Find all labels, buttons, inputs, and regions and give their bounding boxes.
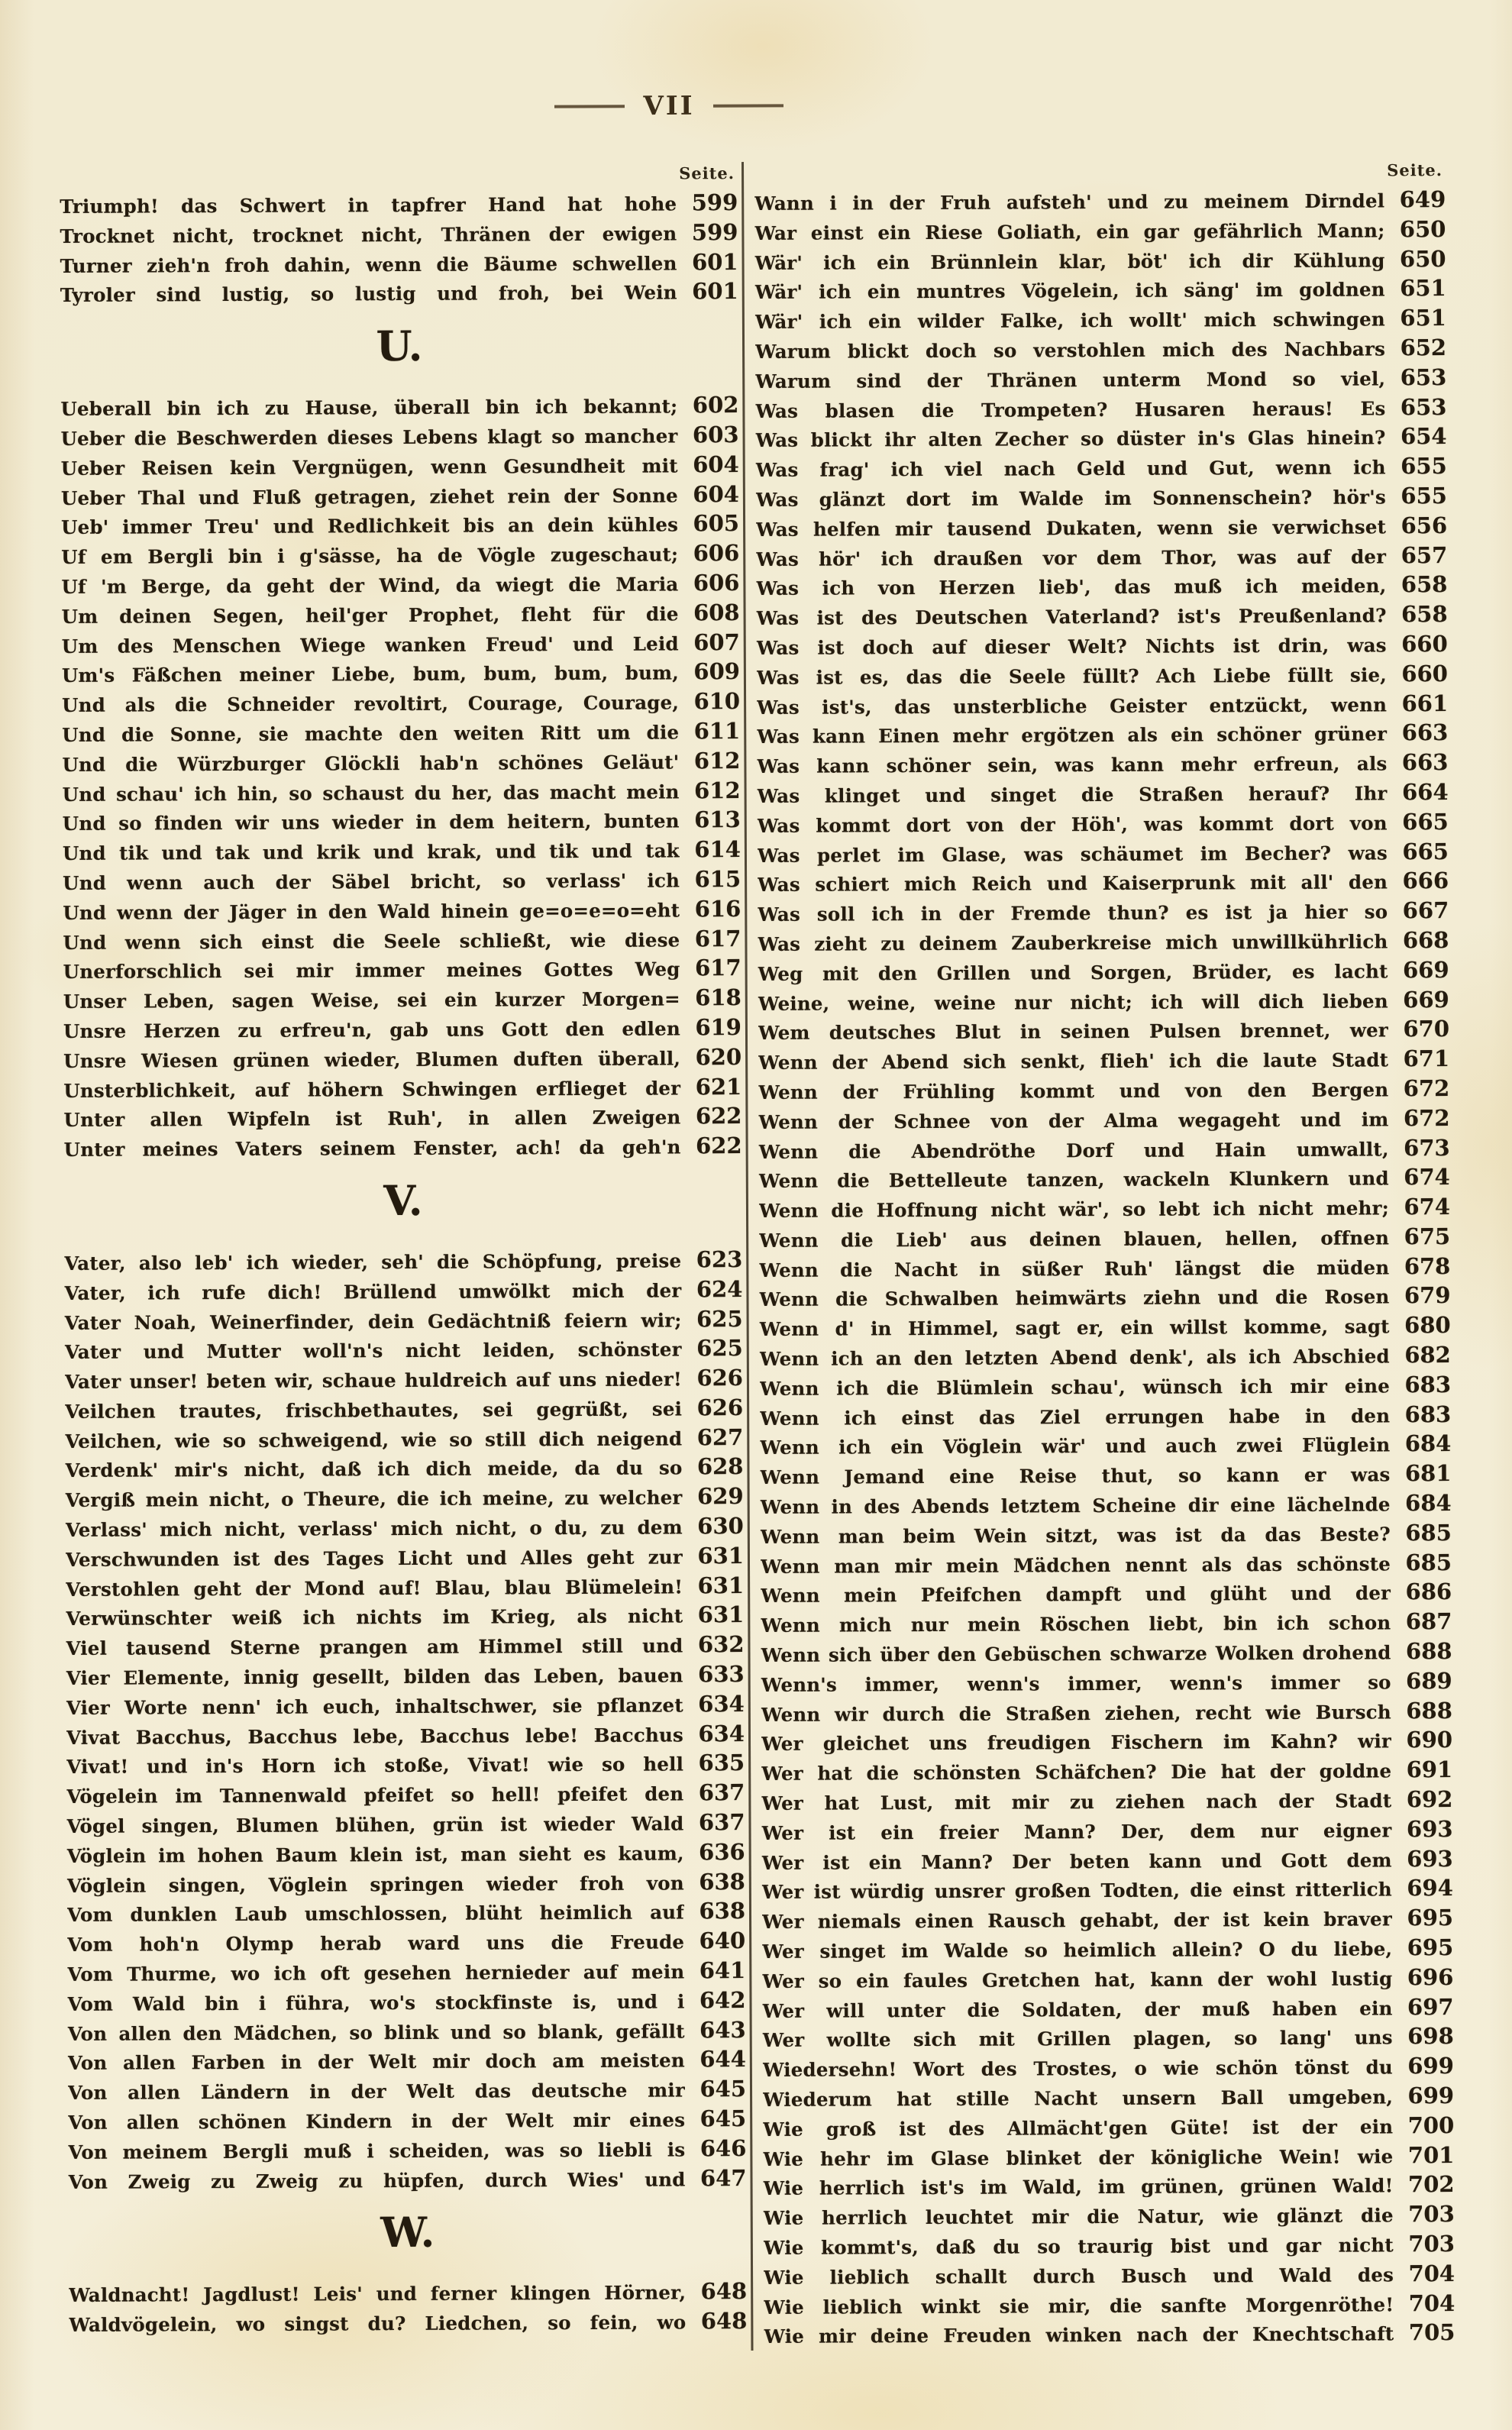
index-entry-row: Vöglein singen, Vöglein springen wieder … <box>67 1867 745 1900</box>
index-entry-row: Unser Leben, sagen Weise, sei ein kurzer… <box>63 983 741 1016</box>
entry-title: Wiederum hat stille Nacht unsern Ball um… <box>763 2083 1393 2113</box>
entry-title: Vöglein im hohen Baum klein ist, man sie… <box>67 1839 684 1869</box>
index-entry-row: Was helfen mir tausend Dukaten, wenn sie… <box>756 511 1447 544</box>
entry-title: Wenn die Nacht in süßer Ruh' längst die … <box>759 1253 1389 1284</box>
entry-page-number: 617 <box>680 953 741 983</box>
index-entry-row: Wer ist ein Mann? Der beten kann und Got… <box>762 1844 1453 1877</box>
entry-title: Wie mir deine Freuden winken nach der Kn… <box>764 2320 1394 2351</box>
entry-page-number: 601 <box>677 276 738 306</box>
entry-page-number: 693 <box>1391 1814 1452 1844</box>
entry-page-number: 695 <box>1392 1903 1453 1933</box>
entry-title: Vater und Mutter woll'n's nicht leiden, … <box>65 1336 682 1366</box>
entry-page-number: 692 <box>1391 1785 1452 1814</box>
entry-page-number: 691 <box>1391 1755 1452 1785</box>
index-entry-row: Wenn die Hoffnung nicht wär', so lebt ic… <box>759 1192 1450 1225</box>
entry-page-number: 637 <box>683 1778 745 1808</box>
entry-page-number: 701 <box>1393 2141 1454 2170</box>
entry-page-number: 633 <box>683 1659 745 1689</box>
entry-title: Verschwunden ist des Tages Licht und All… <box>66 1543 683 1573</box>
entry-title: War einst ein Riese Goliath, ein gar gef… <box>754 216 1384 247</box>
entry-page-number: 688 <box>1391 1696 1452 1726</box>
entry-page-number: 672 <box>1388 1104 1449 1133</box>
entry-title: Und die Sonne, sie machte den weiten Rit… <box>62 718 679 748</box>
index-entry-row: Und wenn sich einst die Seele schließt, … <box>63 924 741 957</box>
entry-page-number: 655 <box>1386 451 1447 481</box>
index-entry-row: Vöglein im hohen Baum klein ist, man sie… <box>67 1837 745 1870</box>
entry-title: Was soll ich in der Fremde thun? es ist … <box>758 898 1388 929</box>
entry-title: Wenn ich die Blümlein schau', wünsch ich… <box>760 1372 1390 1402</box>
entry-title: Von allen Ländern in der Welt das deutsc… <box>68 2076 685 2107</box>
entry-page-number: 623 <box>681 1245 742 1275</box>
entry-page-number: 704 <box>1394 2259 1455 2289</box>
entry-title: Unerforschlich sei mir immer meines Gott… <box>63 955 680 986</box>
entry-title: Wenn in des Abends letztem Scheine dir e… <box>761 1490 1391 1520</box>
index-entry-row: Wenn man beim Wein sitzt, was ist da das… <box>761 1518 1452 1551</box>
entry-page-number: 607 <box>679 628 740 658</box>
index-entry-row: Von allen Farben in der Welt mir doch am… <box>68 2044 746 2077</box>
entry-title: Vögelein im Tannenwald pfeifet so hell! … <box>66 1780 683 1811</box>
entry-page-number: 653 <box>1385 393 1446 422</box>
entry-page-number: 683 <box>1390 1370 1451 1400</box>
entry-title: Vater, also leb' ich wieder, seh' die Sc… <box>64 1246 681 1277</box>
entry-page-number: 683 <box>1390 1400 1451 1430</box>
entry-page-number: 699 <box>1393 2051 1454 2081</box>
index-entry-row: Was ist des Deutschen Vaterland? ist's P… <box>757 599 1448 632</box>
index-entry-row: Was schiert mich Reich und Kaiserprunk m… <box>758 866 1449 899</box>
index-entry-row: Vivat! und in's Horn ich stoße, Vivat! w… <box>66 1749 745 1782</box>
index-entry-row: Von meinem Bergli muß i scheiden, was so… <box>68 2134 746 2167</box>
entry-page-number: 643 <box>685 2015 746 2045</box>
index-entry-row: Wenn der Schnee von der Alma wegageht un… <box>758 1104 1449 1136</box>
entry-title: Wenn wir durch die Straßen ziehen, recht… <box>761 1698 1391 1728</box>
entry-page-number: 675 <box>1389 1222 1450 1252</box>
index-entry-row: Was soll ich in der Fremde thun? es ist … <box>758 896 1449 929</box>
entry-title: Was perlet im Glase, was schäumet im Bec… <box>758 839 1388 869</box>
entry-page-number: 663 <box>1387 718 1448 748</box>
entry-title: Wer will unter die Soldaten, der muß hab… <box>762 1994 1392 2024</box>
entry-page-number: 669 <box>1388 955 1449 985</box>
entry-title: Unter meines Vaters seinem Fenster, ach!… <box>64 1133 681 1164</box>
entry-title: Was kommt dort von der Höh', was kommt d… <box>758 809 1388 839</box>
index-entry-row: Was perlet im Glase, was schäumet im Bec… <box>758 837 1449 870</box>
entry-page-number: 648 <box>686 2306 747 2336</box>
entry-page-number: 663 <box>1387 748 1448 777</box>
entry-title: Wenn der Abend sich senkt, flieh' ich di… <box>758 1045 1388 1076</box>
index-entry-row: Was frag' ich viel nach Geld und Gut, we… <box>756 451 1447 484</box>
entry-page-number: 700 <box>1393 2111 1454 2141</box>
entry-title: Turner zieh'n froh dahin, wenn die Bäume… <box>60 249 677 280</box>
index-entry-row: Vögel singen, Blumen blühen, grün ist wi… <box>66 1808 745 1840</box>
entry-title: Wenn ich ein Vöglein wär' und auch zwei … <box>760 1431 1390 1462</box>
index-entry-row: War einst ein Riese Goliath, ein gar gef… <box>754 215 1446 247</box>
entry-page-number: 604 <box>678 480 739 509</box>
entry-page-number: 653 <box>1385 363 1446 393</box>
entry-title: Wer ist würdig unsrer großen Todten, die… <box>762 1876 1392 1906</box>
index-entry-row: Triumph! das Schwert in tapfrer Hand hat… <box>60 188 738 221</box>
index-entry-row: Veilchen, wie so schweigend, wie so stil… <box>65 1423 743 1456</box>
entry-page-number: 705 <box>1394 2318 1455 2348</box>
entry-page-number: 693 <box>1392 1844 1453 1874</box>
index-entry-row: Und als die Schneider revoltirt, Courage… <box>62 687 740 719</box>
index-entry-row: Ueber Thal und Fluß getragen, ziehet rei… <box>61 480 739 512</box>
index-entry-row: Was kann schöner sein, was kann mehr erf… <box>757 748 1448 780</box>
entry-title: Verlass' mich nicht, verlass' mich nicht… <box>66 1513 683 1543</box>
entry-page-number: 688 <box>1391 1637 1452 1666</box>
entry-title: Wie herrlich ist's im Wald, im grünen, g… <box>763 2172 1393 2202</box>
entry-page-number: 667 <box>1388 896 1449 926</box>
entry-page-number: 652 <box>1385 333 1446 363</box>
index-entry-row: Vier Worte nenn' ich euch, inhaltschwer,… <box>66 1689 745 1722</box>
index-entry-row: Trocknet nicht, trocknet nicht, Thränen … <box>60 218 738 250</box>
entry-title: Vögel singen, Blumen blühen, grün ist wi… <box>66 1809 683 1840</box>
index-entry-row: Tyroler sind lustig, so lustig und froh,… <box>60 276 738 309</box>
entry-title: Was ist doch auf dieser Welt? Nichts ist… <box>757 631 1387 661</box>
index-entry-row: Vom dunklen Laub umschlossen, blüht heim… <box>67 1897 745 1930</box>
entry-title: Vater unser! beten wir, schaue huldreich… <box>65 1365 682 1396</box>
entry-page-number: 606 <box>678 538 739 568</box>
column-heading-seite-right: Seite. <box>754 159 1446 188</box>
column-heading-seite-left: Seite. <box>60 162 738 191</box>
entry-page-number: 651 <box>1385 303 1446 333</box>
entry-title: Waldvögelein, wo singst du? Liedchen, so… <box>69 2309 686 2339</box>
index-entry-row: Wie groß ist des Allmächt'gen Güte! ist … <box>763 2111 1454 2144</box>
entry-page-number: 603 <box>677 420 738 450</box>
entry-page-number: 611 <box>679 716 740 746</box>
index-entry-row: Von allen den Mädchen, so blink und so b… <box>68 2015 746 2048</box>
entry-page-number: 599 <box>677 218 738 247</box>
entry-page-number: 638 <box>684 1897 745 1927</box>
entry-page-number: 613 <box>680 805 741 835</box>
index-entry-row: Und so finden wir uns wieder in dem heit… <box>63 805 741 838</box>
entry-title: Ueberall bin ich zu Hause, überall bin i… <box>60 393 677 423</box>
index-entry-row: Wie herrlich ist's im Wald, im grünen, g… <box>763 2170 1454 2202</box>
entry-page-number: 665 <box>1388 807 1449 837</box>
entry-title: Wenn's immer, wenn's immer, wenn's immer… <box>761 1668 1391 1698</box>
entry-page-number: 640 <box>684 1926 745 1956</box>
entry-page-number: 698 <box>1393 2021 1454 2051</box>
index-entry-row: Und die Würzburger Glöckli hab'n schönes… <box>62 746 740 779</box>
index-entry-row: Ueber die Beschwerden dieses Lebens klag… <box>60 420 738 453</box>
entry-title: Wann i in der Fruh aufsteh' und zu meine… <box>754 186 1384 217</box>
entry-page-number: 661 <box>1387 689 1448 719</box>
index-entry-row: Wiedersehn! Wort des Trostes, o wie schö… <box>763 2051 1454 2084</box>
entry-title: Und wenn sich einst die Seele schließt, … <box>63 926 680 956</box>
entry-page-number: 617 <box>680 924 741 954</box>
index-entry-row: Wer will unter die Soldaten, der muß hab… <box>762 1992 1453 2025</box>
index-entry-row: Unsterblichkeit, auf höhern Schwingen er… <box>63 1072 741 1105</box>
entry-title: Und wenn der Jäger in den Wald hinein ge… <box>63 896 680 926</box>
entry-title: Wer hat Lust, mit mir zu ziehen nach der… <box>761 1786 1391 1817</box>
entry-title: Was ist es, das die Seele füllt? Ach Lie… <box>757 661 1387 691</box>
entry-title: Wer niemals einen Rausch gehabt, der ist… <box>762 1905 1392 1936</box>
entry-page-number: 628 <box>682 1453 743 1482</box>
index-entry-row: Wär' ich ein muntres Vögelein, ich säng'… <box>755 273 1446 306</box>
entry-title: Was helfen mir tausend Dukaten, wenn sie… <box>756 512 1386 543</box>
entry-page-number: 609 <box>679 657 740 687</box>
index-entry-row: Waldnacht! Jagdlust! Leis' und ferner kl… <box>69 2277 747 2309</box>
entry-title: Wer so ein faules Gretchen hat, kann der… <box>762 1964 1392 1995</box>
entry-page-number: 635 <box>683 1749 745 1779</box>
index-entry-row: Wenn der Frühling kommt und von den Berg… <box>758 1074 1449 1107</box>
index-entry-row: Wenn's immer, wenn's immer, wenn's immer… <box>761 1666 1452 1699</box>
index-entry-row: Unter meines Vaters seinem Fenster, ach!… <box>64 1131 742 1164</box>
entry-page-number: 601 <box>677 247 738 277</box>
entry-title: Wenn die Lieb' aus deinen blauen, hellen… <box>759 1223 1389 1254</box>
index-entry-row: Unsre Herzen zu erfreu'n, gab uns Gott d… <box>63 1013 741 1045</box>
index-entry-row: Wer ist ein freier Mann? Der, dem nur ei… <box>761 1814 1452 1847</box>
index-entry-row: Waldvögelein, wo singst du? Liedchen, so… <box>69 2306 747 2339</box>
entry-page-number: 645 <box>685 2104 746 2134</box>
entry-title: Was blasen die Trompeten? Husaren heraus… <box>755 394 1385 425</box>
index-entry-row: Was kann Einen mehr ergötzen als ein sch… <box>757 718 1448 751</box>
entry-page-number: 703 <box>1394 2229 1455 2259</box>
entry-title: Wenn die Hoffnung nicht wär', so lebt ic… <box>759 1194 1389 1224</box>
entry-title: Vom Wald bin i führa, wo's stockfinste i… <box>67 1987 684 2018</box>
entry-page-number: 673 <box>1389 1133 1450 1163</box>
index-entry-row: Wenn die Bettelleute tanzen, wackeln Klu… <box>759 1162 1450 1195</box>
entry-title: Wär' ich ein Brünnlein klar, böt' ich di… <box>754 246 1384 276</box>
index-entry-row: Uf em Bergli bin i g'sässe, ha de Vögle … <box>61 538 739 571</box>
index-entry-row: Um deinen Segen, heil'ger Prophet, fleht… <box>61 598 739 631</box>
entry-page-number: 654 <box>1385 422 1446 451</box>
section-heading: V. <box>64 1176 742 1225</box>
entry-title: Wenn man mir mein Mädchen nennt als das … <box>761 1549 1391 1580</box>
index-entry-row: Vergiß mein nicht, o Theure, die ich mei… <box>66 1482 744 1514</box>
index-entry-row: Ueber Reisen kein Vergnügen, wenn Gesund… <box>61 450 739 483</box>
index-entry-row: Ueb' immer Treu' und Redlichkeit bis an … <box>61 509 739 541</box>
entry-page-number: 684 <box>1391 1488 1452 1518</box>
entry-page-number: 642 <box>684 1986 745 2015</box>
index-entry-row: Vier Elemente, innig gesellt, bilden das… <box>66 1659 745 1692</box>
index-entry-row: Wär' ich ein Brünnlein klar, böt' ich di… <box>754 244 1446 277</box>
entry-title: Wer singet im Walde so heimlich allein? … <box>762 1934 1392 1965</box>
index-entry-row: Verstohlen geht der Mond auf! Blau, blau… <box>66 1571 744 1604</box>
section-heading: U. <box>60 322 738 370</box>
entry-page-number: 690 <box>1391 1725 1452 1755</box>
entry-page-number: 674 <box>1389 1162 1450 1192</box>
entry-title: Was klinget und singet die Straßen herau… <box>758 779 1388 809</box>
entry-title: Waldnacht! Jagdlust! Leis' und ferner kl… <box>69 2279 686 2309</box>
index-entry-row: Veilchen trautes, frischbethautes, sei g… <box>65 1393 743 1426</box>
entry-page-number: 671 <box>1388 1044 1449 1074</box>
index-entry-row: Von allen Ländern in der Welt das deutsc… <box>68 2074 746 2107</box>
entry-page-number: 697 <box>1392 1992 1453 2022</box>
entry-title: Wiedersehn! Wort des Trostes, o wie schö… <box>763 2054 1393 2084</box>
entry-title: Von allen Farben in der Welt mir doch am… <box>68 2047 685 2077</box>
entry-page-number: 651 <box>1385 273 1446 303</box>
index-entry-row: Unsre Wiesen grünen wieder, Blumen dufte… <box>63 1042 741 1075</box>
index-entry-row: Und wenn der Jäger in den Wald hinein ge… <box>63 894 741 927</box>
index-columns: Seite. Triumph! das Schwert in tapfrer H… <box>60 159 1455 2354</box>
entry-page-number: 612 <box>679 746 740 776</box>
index-entry-row: Wem deutsches Blut in seinen Pulsen bren… <box>758 1014 1449 1047</box>
entry-title: Vivat Bacchus, Bacchus lebe, Bacchus leb… <box>66 1721 683 1751</box>
entry-title: Weg mit den Grillen und Sorgen, Brüder, … <box>758 957 1388 987</box>
entry-title: Wie lieblich winkt sie mir, die sanfte M… <box>764 2290 1394 2321</box>
header-rule-right <box>713 104 783 107</box>
entry-page-number: 703 <box>1394 2199 1455 2229</box>
entry-page-number: 665 <box>1388 837 1449 867</box>
entry-title: Vergiß mein nicht, o Theure, die ich mei… <box>66 1484 683 1514</box>
entry-title: Viel tausend Sterne prangen am Himmel st… <box>66 1632 683 1663</box>
entry-title: Wenn ich einst das Ziel errungen habe in… <box>760 1401 1390 1432</box>
index-entry-row: Wenn man mir mein Mädchen nennt als das … <box>761 1548 1452 1581</box>
entry-page-number: 638 <box>684 1867 745 1897</box>
entry-page-number: 618 <box>680 983 741 1013</box>
entry-title: Vöglein singen, Vöglein springen wieder … <box>67 1869 684 1899</box>
entry-page-number: 622 <box>680 1101 741 1131</box>
entry-title: Vivat! und in's Horn ich stoße, Vivat! w… <box>66 1750 683 1781</box>
entry-title: Wär' ich ein muntres Vögelein, ich säng'… <box>755 276 1385 306</box>
index-entry-row: Wiederum hat stille Nacht unsern Ball um… <box>763 2081 1454 2114</box>
entry-page-number: 656 <box>1386 511 1447 541</box>
entry-page-number: 599 <box>677 188 738 218</box>
entry-page-number: 606 <box>678 568 739 598</box>
entry-title: Weine, weine, weine nur nicht; ich will … <box>758 987 1388 1017</box>
entry-title: Unser Leben, sagen Weise, sei ein kurzer… <box>63 985 680 1016</box>
index-entry-row: Wenn die Lieb' aus deinen blauen, hellen… <box>759 1222 1450 1255</box>
entry-page-number: 631 <box>683 1571 744 1601</box>
entry-title: Was ist's, das unsterbliche Geister entz… <box>757 690 1387 721</box>
entry-page-number: 696 <box>1392 1963 1453 1992</box>
index-entry-row: Vivat Bacchus, Bacchus lebe, Bacchus leb… <box>66 1719 745 1752</box>
entry-title: Vater, ich rufe dich! Brüllend umwölkt m… <box>64 1276 681 1307</box>
entry-page-number: 647 <box>685 2163 746 2193</box>
entry-title: Von allen den Mädchen, so blink und so b… <box>68 2017 685 2047</box>
entry-page-number: 631 <box>683 1601 744 1630</box>
index-entry-row: Vater, also leb' ich wieder, seh' die Sc… <box>64 1245 742 1278</box>
entry-page-number: 695 <box>1392 1933 1453 1963</box>
entry-title: Wie groß ist des Allmächt'gen Güte! ist … <box>763 2112 1393 2143</box>
entry-title: Wenn man beim Wein sitzt, was ist da das… <box>761 1520 1391 1550</box>
entry-page-number: 678 <box>1389 1252 1450 1281</box>
entry-title: Vater Noah, Weinerfinder, dein Gedächtni… <box>65 1306 682 1336</box>
entry-title: Wer ist ein freier Mann? Der, dem nur ei… <box>761 1816 1391 1847</box>
index-entry-row: Was kommt dort von der Höh', was kommt d… <box>758 807 1449 840</box>
entry-page-number: 637 <box>683 1808 745 1837</box>
index-entry-row: Wie hehr im Glase blinket der königliche… <box>763 2141 1454 2173</box>
entry-title: Was blickt ihr alten Zecher so düster in… <box>756 424 1386 454</box>
entry-title: Wenn die Schwalben heimwärts ziehn und d… <box>759 1283 1389 1314</box>
entry-title: Was zieht zu deinem Zauberkreise mich un… <box>758 927 1388 958</box>
index-entry-row: Von allen schönen Kindern in der Welt mi… <box>68 2104 746 2137</box>
index-entry-row: Und schau' ich hin, so schaust du her, d… <box>63 776 741 809</box>
entry-title: Veilchen, wie so schweigend, wie so stil… <box>65 1424 682 1455</box>
entry-page-number: 655 <box>1386 481 1447 511</box>
index-entry-row: Vom Wald bin i führa, wo's stockfinste i… <box>67 1986 745 2018</box>
entry-title: Unsre Herzen zu erfreu'n, gab uns Gott d… <box>63 1014 680 1045</box>
entry-title: Was ist des Deutschen Vaterland? ist's P… <box>757 602 1387 632</box>
entry-title: Wer ist ein Mann? Der beten kann und Got… <box>762 1846 1392 1876</box>
entry-title: Von Zweig zu Zweig zu hüpfen, durch Wies… <box>68 2165 685 2196</box>
index-entry-row: Wenn die Abendröthe Dorf und Hain umwall… <box>759 1133 1450 1166</box>
entry-title: Wie kommt's, daß du so traurig bist und … <box>764 2231 1394 2261</box>
index-entry-row: Wer so ein faules Gretchen hat, kann der… <box>762 1963 1453 1995</box>
entry-page-number: 699 <box>1393 2081 1454 2111</box>
index-entry-row: Wenn in des Abends letztem Scheine dir e… <box>761 1488 1452 1521</box>
index-entry-row: Was ist es, das die Seele füllt? Ach Lie… <box>757 659 1448 692</box>
index-entry-row: Wie lieblich winkt sie mir, die sanfte M… <box>764 2289 1455 2322</box>
index-entry-row: Was ich von Herzen lieb', das muß ich me… <box>756 570 1447 603</box>
entry-title: Wie lieblich schallt durch Busch und Wal… <box>764 2260 1394 2291</box>
index-entry-row: Wenn ich einst das Ziel errungen habe in… <box>760 1400 1451 1433</box>
entry-page-number: 702 <box>1393 2170 1454 2199</box>
entry-title: Verdenk' mir's nicht, daß ich dich meide… <box>65 1454 682 1485</box>
entry-title: Vier Elemente, innig gesellt, bilden das… <box>66 1661 683 1692</box>
entry-title: Vier Worte nenn' ich euch, inhaltschwer,… <box>66 1691 683 1721</box>
entry-page-number: 641 <box>684 1956 745 1986</box>
entry-title: Wer gleichet uns freudigen Fischern im K… <box>761 1727 1391 1758</box>
index-entry-row: Wenn sich über den Gebüschen schwarze Wo… <box>761 1637 1452 1669</box>
index-entry-row: Weg mit den Grillen und Sorgen, Brüder, … <box>758 955 1449 988</box>
entry-page-number: 648 <box>686 2277 747 2306</box>
entry-page-number: 622 <box>681 1131 742 1161</box>
index-entry-row: Und wenn auch der Säbel bricht, so verla… <box>63 864 741 897</box>
index-entry-row: Wenn ich an den letzten Abend denk', als… <box>760 1340 1451 1373</box>
entry-title: Was ich von Herzen lieb', das muß ich me… <box>756 572 1386 603</box>
entry-page-number: 689 <box>1391 1666 1452 1696</box>
entry-title: Wer wollte sich mit Grillen plagen, so l… <box>763 2024 1393 2054</box>
entry-page-number: 658 <box>1386 570 1447 599</box>
entry-page-number: 630 <box>683 1511 744 1541</box>
entry-title: Veilchen trautes, frischbethautes, sei g… <box>65 1394 682 1425</box>
entry-page-number: 627 <box>682 1423 743 1453</box>
entry-title: Von allen schönen Kindern in der Welt mi… <box>68 2105 685 2136</box>
index-entry-row: Was ist doch auf dieser Welt? Nichts ist… <box>757 629 1448 662</box>
index-entry-row: Wer gleichet uns freudigen Fischern im K… <box>761 1725 1452 1758</box>
entry-title: Tyroler sind lustig, so lustig und froh,… <box>60 279 677 309</box>
entry-title: Vom hoh'n Olymp herab ward uns die Freud… <box>67 1928 684 1959</box>
index-entry-row: Wenn der Abend sich senkt, flieh' ich di… <box>758 1044 1449 1077</box>
index-entry-row: Turner zieh'n froh dahin, wenn die Bäume… <box>60 247 738 280</box>
entry-title: Wenn der Frühling kommt und von den Berg… <box>758 1075 1388 1106</box>
entry-title: Um des Menschen Wiege wanken Freud' und … <box>62 629 679 660</box>
entry-page-number: 634 <box>683 1719 745 1749</box>
index-entry-row: Wie kommt's, daß du so traurig bist und … <box>764 2229 1455 2262</box>
index-entry-row: Wenn d' in Himmel, sagt er, ein willst k… <box>760 1310 1451 1343</box>
entry-page-number: 658 <box>1387 599 1448 629</box>
index-entry-row: Vater unser! beten wir, schaue huldreich… <box>65 1363 743 1396</box>
index-entry-row: Was blasen die Trompeten? Husaren heraus… <box>755 393 1446 425</box>
entry-page-number: 632 <box>683 1630 744 1659</box>
entry-title: Wenn Jemand eine Reise thut, so kann er … <box>760 1461 1390 1491</box>
entry-title: Und so finden wir uns wieder in dem heit… <box>63 807 680 838</box>
entry-title: Vom Thurme, wo ich oft gesehen hernieder… <box>67 1957 684 1988</box>
entry-page-number: 625 <box>682 1304 743 1334</box>
entry-page-number: 634 <box>683 1689 745 1719</box>
entry-title: Was hör' ich draußen vor dem Thor, was a… <box>756 542 1386 573</box>
entry-page-number: 631 <box>683 1541 744 1571</box>
entry-page-number: 626 <box>682 1393 743 1423</box>
entry-page-number: 605 <box>678 509 739 538</box>
entry-title: Uf 'm Berge, da geht der Wind, da wiegt … <box>61 570 678 600</box>
entry-title: Warum blickt doch so verstohlen mich des… <box>755 334 1385 365</box>
index-entry-row: Was klinget und singet die Straßen herau… <box>758 777 1449 810</box>
entry-page-number: 646 <box>685 2134 746 2163</box>
entry-title: Wenn d' in Himmel, sagt er, ein willst k… <box>760 1313 1390 1343</box>
index-entry-row: Was zieht zu deinem Zauberkreise mich un… <box>758 926 1449 958</box>
index-entry-row: Von Zweig zu Zweig zu hüpfen, durch Wies… <box>68 2163 746 2196</box>
entry-title: Verwünschter weiß ich nichts im Krieg, a… <box>66 1602 683 1633</box>
index-entry-row: Wenn ich ein Vöglein wär' und auch zwei … <box>760 1429 1451 1462</box>
entry-page-number: 664 <box>1388 777 1449 807</box>
index-entry-row: Warum sind der Thränen unterm Mond so vi… <box>755 363 1446 396</box>
entry-page-number: 674 <box>1389 1192 1450 1222</box>
entry-page-number: 612 <box>680 776 741 806</box>
index-entry-row: Und die Sonne, sie machte den weiten Rit… <box>62 716 740 749</box>
entry-page-number: 604 <box>678 450 739 480</box>
index-entry-row: Wenn ich die Blümlein schau', wünsch ich… <box>760 1370 1451 1403</box>
